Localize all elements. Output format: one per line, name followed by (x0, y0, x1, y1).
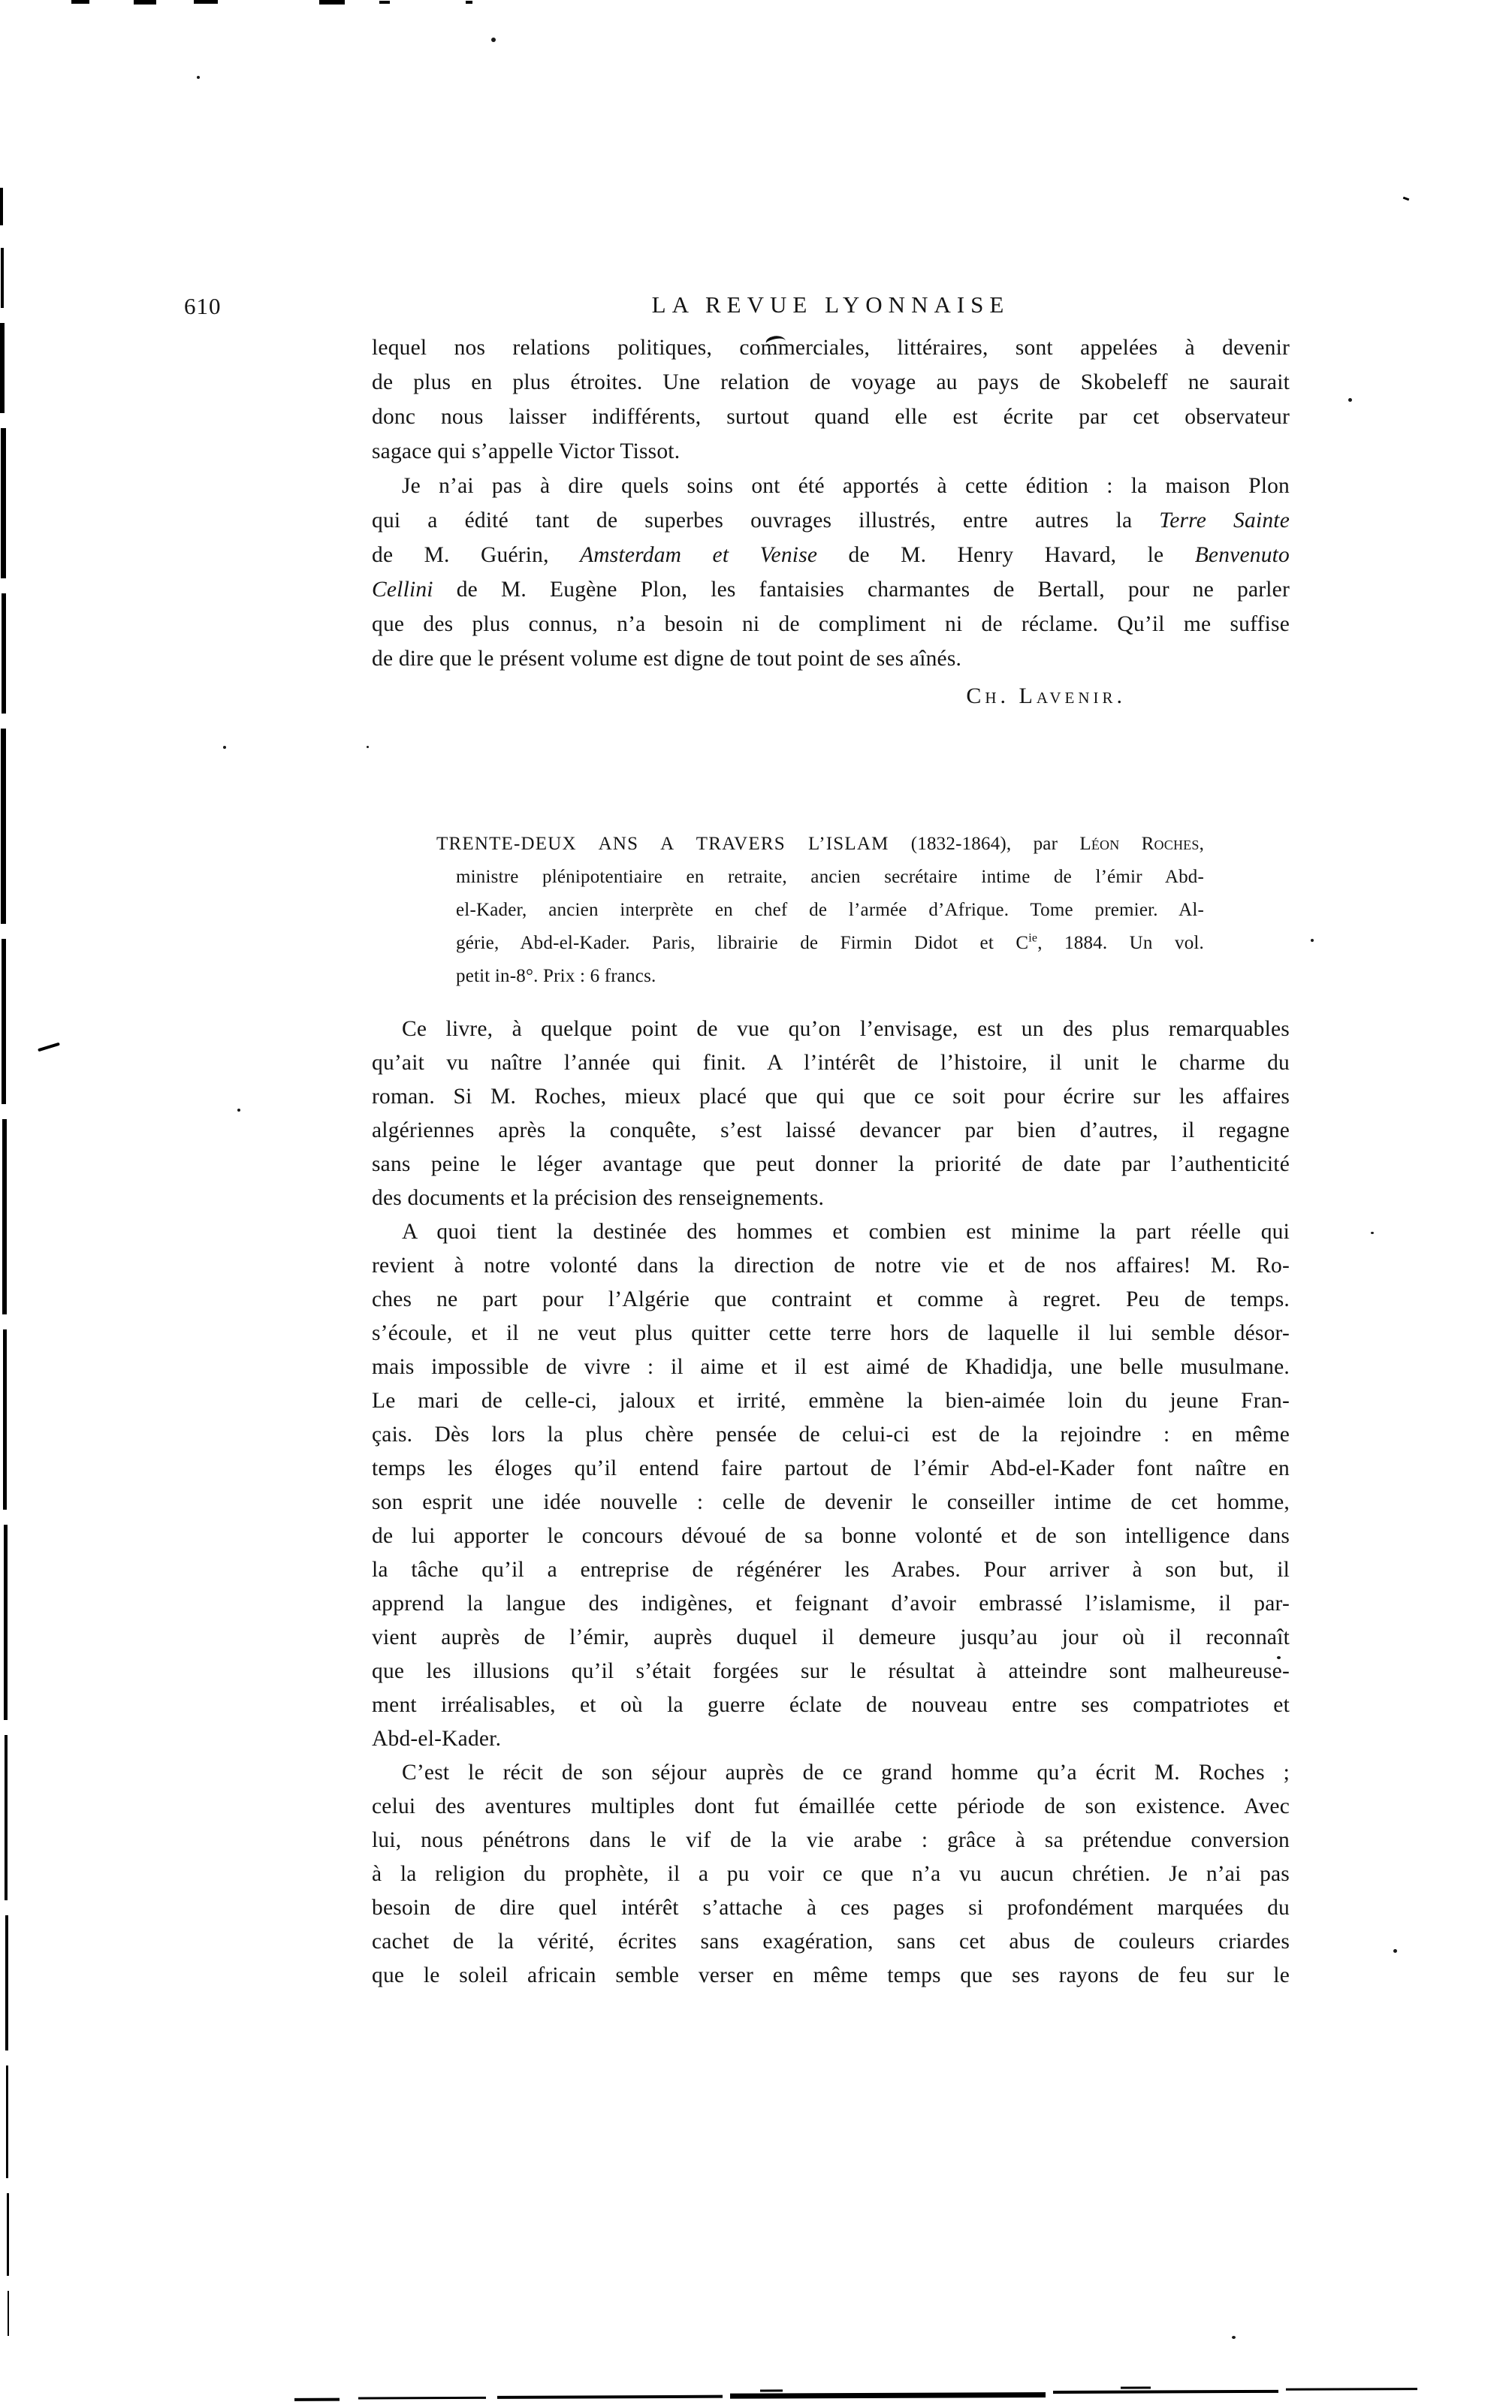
text-segment: gérie, Abd-el-Kader. Paris, librairie de… (456, 933, 1028, 953)
text-line: petit in-8°. Prix : 6 francs. (456, 960, 1204, 993)
text-segment: de M. Eugène Plon, les fantaisies charma… (433, 578, 1290, 602)
text-segment: , (1200, 834, 1204, 854)
text-line: revient à notre volonté dans la directio… (372, 1249, 1290, 1283)
review-paragraph: Je n’ai pas à dire quels soins ont été a… (372, 469, 1290, 676)
text-line: lequel nos relations politiques, commerc… (372, 330, 1290, 365)
text-line: gérie, Abd-el-Kader. Paris, librairie de… (456, 927, 1204, 960)
text-line: Le mari de celle-ci, jaloux et irrité, e… (372, 1384, 1290, 1418)
text-line: de lui apporter le concours dévoué de sa… (372, 1519, 1290, 1553)
text-line: donc nous laisser indifférents, surtout … (372, 400, 1290, 434)
text-line: ches ne part pour l’Algérie que contrain… (372, 1283, 1290, 1317)
bibliography-title-line: TRENTE-DEUX ANS A TRAVERS L’ISLAM (1832-… (436, 828, 1204, 861)
text-line: besoin de dire quel intérêt s’attache à … (372, 1891, 1290, 1925)
review-paragraph: Ce livre, à quelque point de vue qu’on l… (372, 1012, 1290, 1215)
text-line: vient auprès de l’émir, auprès duquel il… (372, 1621, 1290, 1655)
text-line: sans peine le léger avantage que peut do… (372, 1148, 1290, 1181)
text-line: la tâche qu’il a entreprise de régénérer… (372, 1553, 1290, 1587)
text-line: celui des aventures multiples dont fut é… (372, 1790, 1290, 1824)
text-line: çais. Dès lors la plus chère pensée de c… (372, 1418, 1290, 1452)
text-line: A quoi tient la destinée des hommes et c… (372, 1215, 1290, 1249)
text-line: el-Kader, ancien interprète en chef de l… (456, 894, 1204, 927)
page-number: 610 (184, 293, 222, 320)
text-line: ment irréalisables, et où la guerre écla… (372, 1688, 1290, 1722)
review-paragraph: C’est le récit de son séjour auprès de c… (372, 1756, 1290, 1993)
text-line: cachet de la vérité, écrites sans exagér… (372, 1925, 1290, 1959)
text-line: Cellini de M. Eugène Plon, les fantaisie… (372, 572, 1290, 607)
text-line: des documents et la précision des rensei… (372, 1181, 1290, 1215)
author-name: Léon Roches (1079, 834, 1199, 854)
text-line: que les illusions qu’il s’était forgées … (372, 1655, 1290, 1688)
text-segment: , 1884. Un vol. (1037, 933, 1204, 953)
review-paragraph-continuation: lequel nos relations politiques, commerc… (372, 330, 1290, 469)
bibliographic-entry: TRENTE-DEUX ANS A TRAVERS L’ISLAM (1832-… (456, 828, 1204, 993)
text-line: que des plus connus, n’a besoin ni de co… (372, 607, 1290, 641)
book-title-caps: TRENTE-DEUX ANS A TRAVERS L’ISLAM (436, 834, 889, 854)
book-title-italic: Amsterdam et Venise (580, 543, 817, 567)
journal-title: LA REVUE LYONNAISE (372, 291, 1290, 318)
text-segment: de M. Henry Havard, le (817, 543, 1195, 567)
book-title-italic: Benvenuto (1195, 543, 1290, 567)
page-header: 610 LA REVUE LYONNAISE (372, 291, 1290, 324)
text-segment: (1832-1864), par (889, 834, 1080, 854)
text-line: mais impossible de vivre : il aime et il… (372, 1350, 1290, 1384)
text-line: son esprit une idée nouvelle : celle de … (372, 1486, 1290, 1519)
pen-mark (38, 1043, 60, 1052)
text-segment: qui a édité tant de superbes ouvrages il… (372, 508, 1159, 533)
scan-artifact-left-edge (0, 188, 14, 2373)
text-line: à la religion du prophète, il a pu voir … (372, 1857, 1290, 1891)
text-line: qui a édité tant de superbes ouvrages il… (372, 503, 1290, 538)
text-line: apprend la langue des indigènes, et feig… (372, 1587, 1290, 1621)
text-line: de plus en plus étroites. Une relation d… (372, 365, 1290, 400)
text-line: sagace qui s’appelle Victor Tissot. (372, 434, 1290, 469)
superscript-abbreviation: ie (1028, 932, 1037, 945)
text-line: C’est le récit de son séjour auprès de c… (372, 1756, 1290, 1790)
scan-artifact-bottom-edge (294, 2383, 1417, 2406)
text-line: algériennes après la conquête, s’est lai… (372, 1114, 1290, 1148)
text-line: que le soleil africain semble verser en … (372, 1959, 1290, 1993)
text-line: s’écoule, et il ne veut plus quitter cet… (372, 1317, 1290, 1350)
text-line: de dire que le présent volume est digne … (372, 641, 1290, 676)
text-column: lequel nos relations politiques, commerc… (372, 330, 1290, 1993)
scanned-journal-page: 610 LA REVUE LYONNAISE lequel nos relati… (0, 0, 1512, 2408)
text-segment: de M. Guérin, (372, 543, 580, 567)
text-line: Ce livre, à quelque point de vue qu’on l… (372, 1012, 1290, 1046)
text-line: lui, nous pénétrons dans le vif de la vi… (372, 1824, 1290, 1857)
text-line: ministre plénipotentiaire en retraite, a… (456, 861, 1204, 894)
text-line: qu’ait vu naître l’année qui finit. A l’… (372, 1046, 1290, 1080)
text-line: Je n’ai pas à dire quels soins ont été a… (372, 469, 1290, 503)
text-line: temps les éloges qu’il entend faire part… (372, 1452, 1290, 1486)
text-line: roman. Si M. Roches, mieux placé que qui… (372, 1080, 1290, 1114)
text-line: de M. Guérin, Amsterdam et Venise de M. … (372, 538, 1290, 572)
reviewer-signature: Ch. Lavenir. (372, 679, 1290, 714)
text-line: Abd-el-Kader. (372, 1722, 1290, 1756)
review-paragraph: A quoi tient la destinée des hommes et c… (372, 1215, 1290, 1756)
book-title-italic: Terre Sainte (1159, 508, 1290, 533)
book-title-italic: Cellini (372, 578, 433, 602)
